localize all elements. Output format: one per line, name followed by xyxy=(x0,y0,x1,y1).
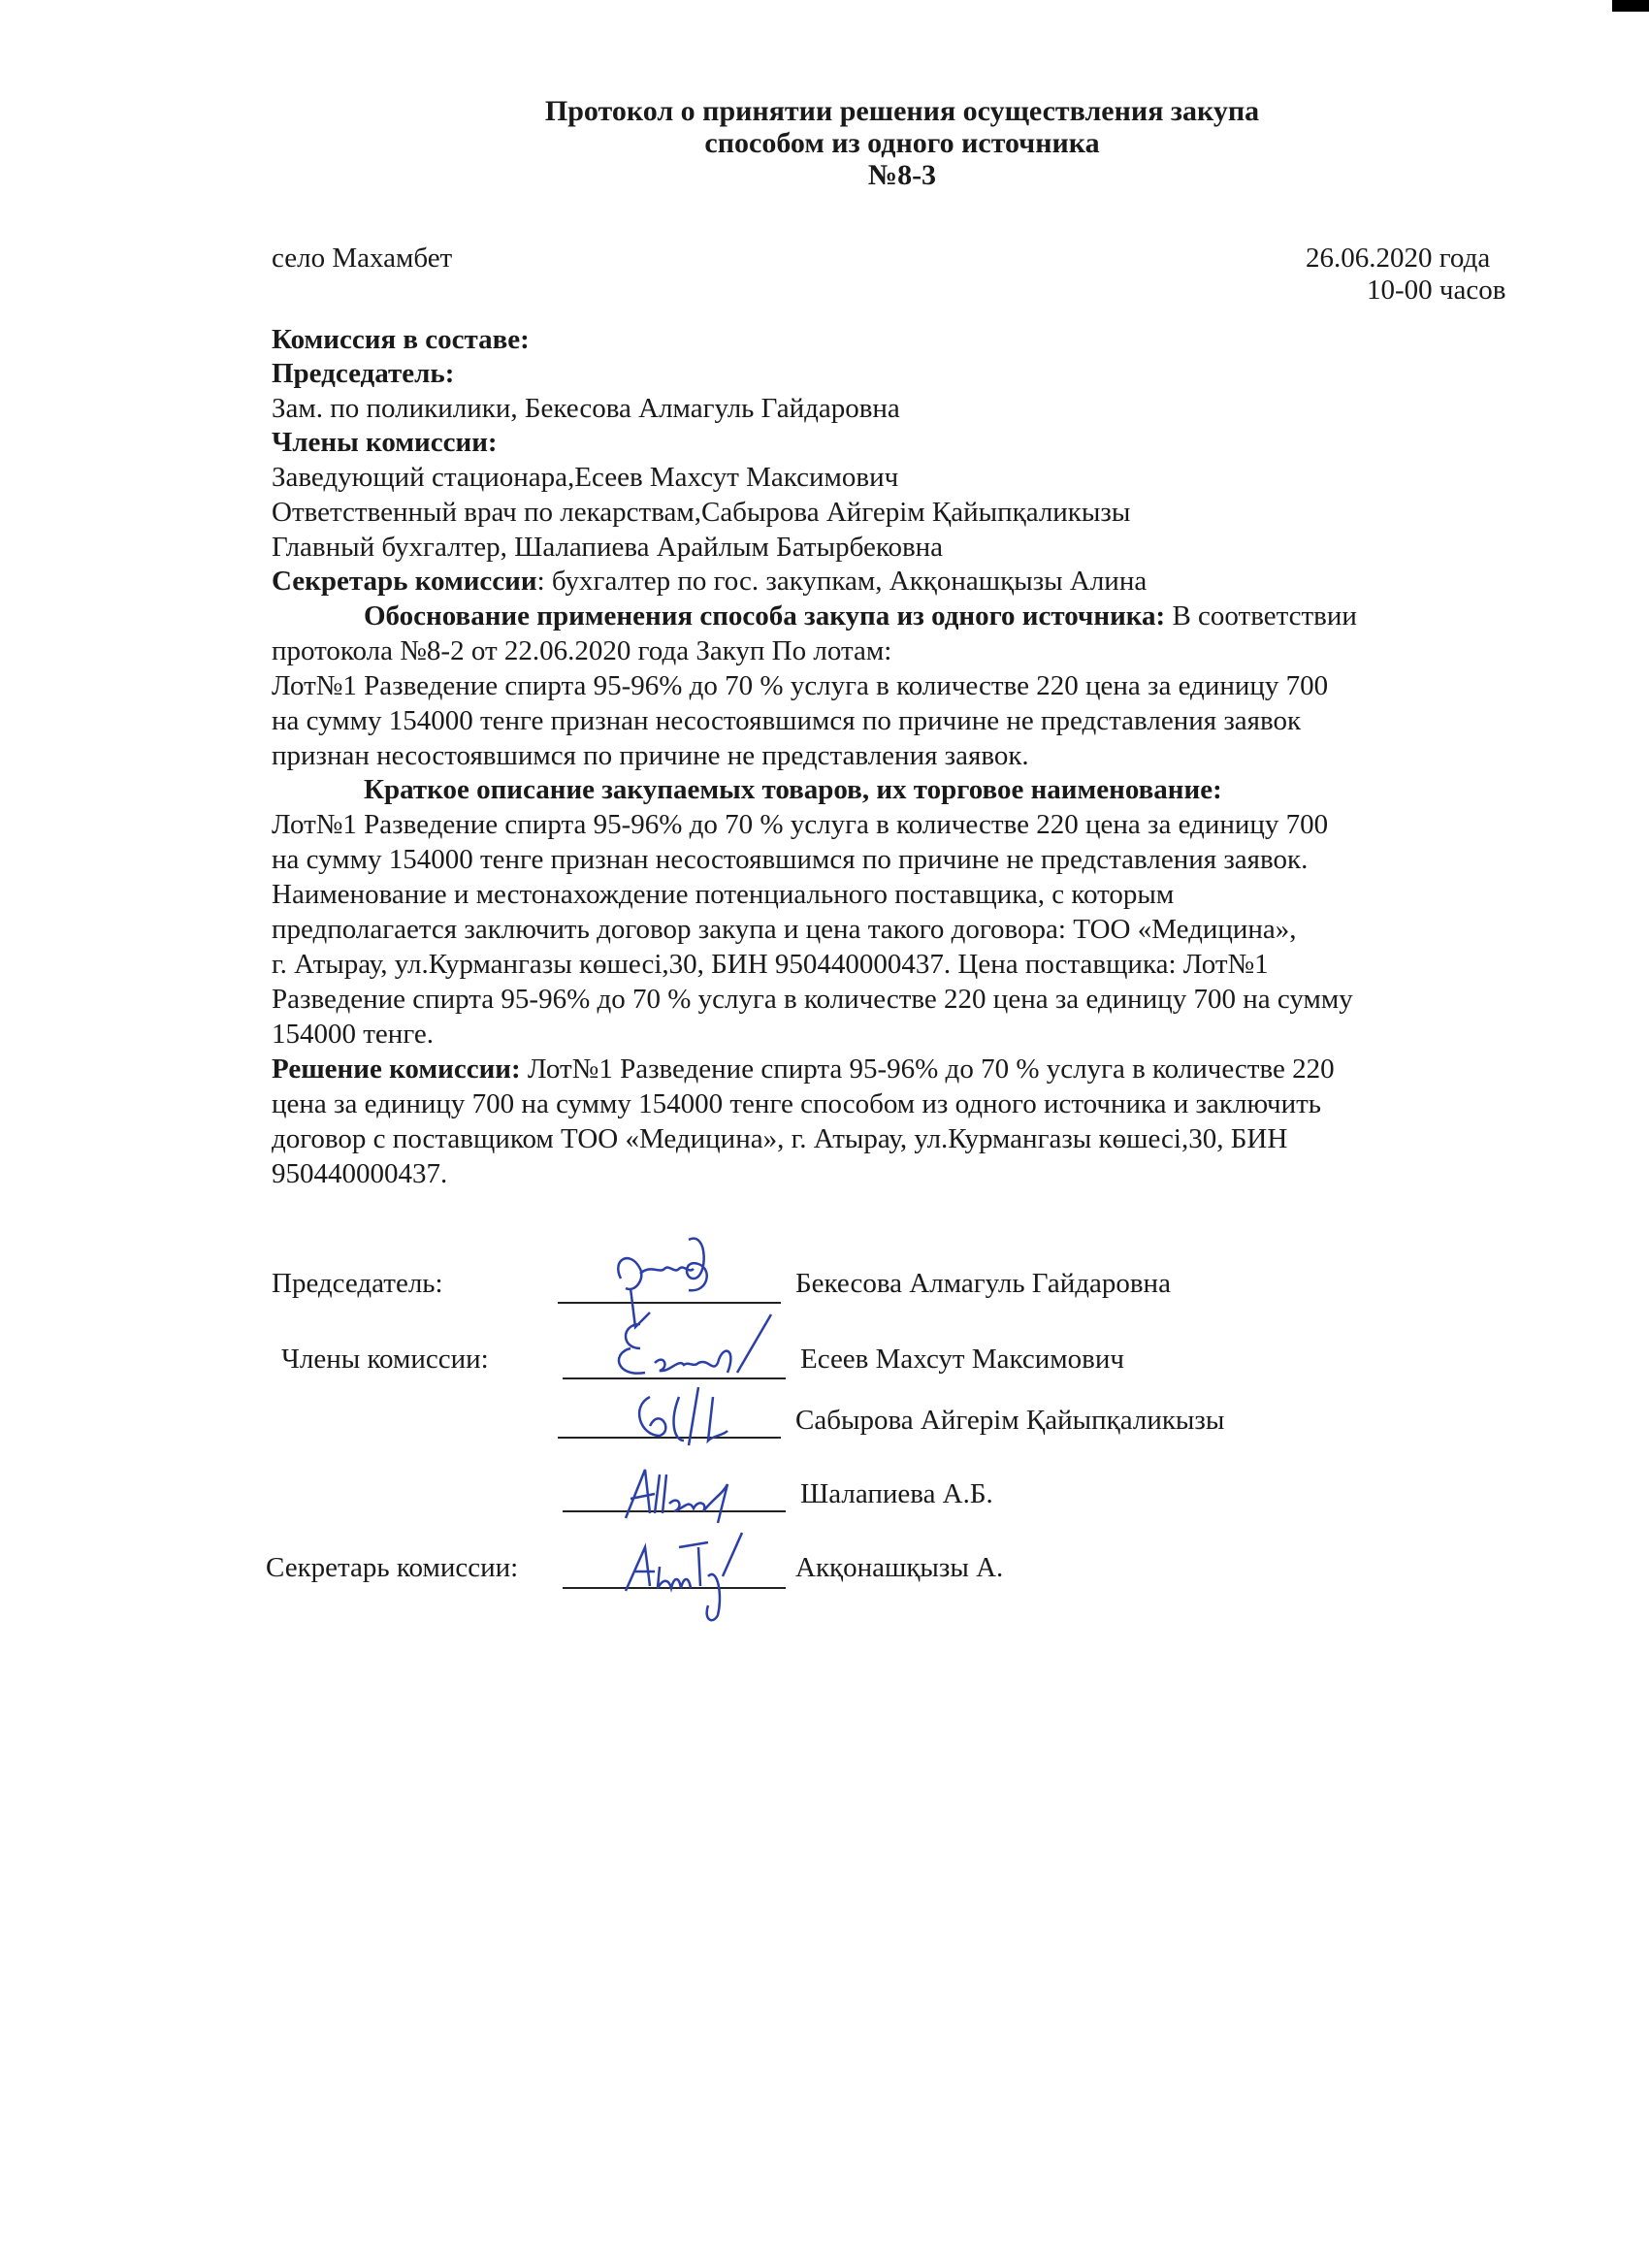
signature-member3-icon xyxy=(606,1455,771,1538)
chairman-heading: Председатель: xyxy=(272,358,454,390)
title-line-1: Протокол о принятии решения осуществлени… xyxy=(272,95,1533,127)
justification-heading: Обоснование применения способа закупа из… xyxy=(364,600,1165,632)
description-line: 154000 тенге. xyxy=(272,1019,434,1051)
signature-name: Сабырова Айгерім Қайыпқаликызы xyxy=(795,1405,1224,1437)
justification-line: признан несостоявшимся по причине не пре… xyxy=(272,740,1029,772)
signature-name: Бекесова Алмагуль Гайдаровна xyxy=(795,1268,1171,1300)
description-heading: Краткое описание закупаемых товаров, их … xyxy=(272,774,1222,806)
decision-line: цена за единицу 700 на сумму 154000 тенг… xyxy=(272,1088,1321,1120)
signature-label-members: Члены комиссии: xyxy=(281,1344,489,1376)
secretary-heading: Секретарь комиссии xyxy=(272,566,537,597)
justification-line: на сумму 154000 тенге признан несостоявш… xyxy=(272,705,1301,737)
decision-line: 950440000437. xyxy=(272,1158,447,1190)
secretary-value: : бухгалтер по гос. закупкам, Акқонашқыз… xyxy=(537,566,1148,597)
secretary: Секретарь комиссии: бухгалтер по гос. за… xyxy=(272,566,1147,598)
justification-line: Лот№1 Разведение спирта 95-96% до 70 % у… xyxy=(272,670,1328,702)
document-title: Протокол о принятии решения осуществлени… xyxy=(272,95,1533,191)
scan-corner-mark xyxy=(1612,0,1649,12)
place: село Махамбет xyxy=(272,243,452,275)
date: 26.06.2020 года xyxy=(1306,243,1490,275)
signature-name: Есеев Махсут Максимович xyxy=(800,1344,1124,1376)
time: 10-00 часов xyxy=(1367,275,1505,307)
decision-line: Лот№1 Разведение спирта 95-96% до 70 % у… xyxy=(521,1053,1335,1085)
member-2: Ответственный врач по лекарствам,Сабыров… xyxy=(272,497,1130,529)
members-heading: Члены комиссии: xyxy=(272,427,498,459)
signature-name: Шалапиева А.Б. xyxy=(800,1478,993,1510)
description-line: г. Атырау, ул.Курмангазы көшесі,30, БИН … xyxy=(272,949,1269,981)
signature-label-secretary: Секретарь комиссии: xyxy=(266,1552,518,1584)
title-line-2: способом из одного источника xyxy=(272,127,1533,159)
decision-first-line: Решение комиссии: Лот№1 Разведение спирт… xyxy=(272,1053,1335,1085)
signature-label-chairman: Председатель: xyxy=(272,1268,443,1300)
justification-line: протокола №8-2 от 22.06.2020 года Закуп … xyxy=(272,635,891,667)
description-line: на сумму 154000 тенге признан несостоявш… xyxy=(272,844,1308,876)
decision-heading: Решение комиссии: xyxy=(272,1053,521,1085)
justification-first-line: Обоснование применения способа закупа из… xyxy=(272,600,1357,632)
signature-secretary-icon xyxy=(611,1528,766,1639)
chairman: Зам. по поликилики, Бекесова Алмагуль Га… xyxy=(272,393,900,425)
title-line-3: №8-3 xyxy=(272,159,1533,191)
description-line: Лот№1 Разведение спирта 95-96% до 70 % у… xyxy=(272,809,1328,841)
decision-line: договор с поставщиком ТОО «Медицина», г.… xyxy=(272,1123,1287,1155)
member-1: Заведующий стационара,Есеев Махсут Макси… xyxy=(272,462,898,494)
justification-line: В соответствии xyxy=(1165,600,1357,632)
description-line: Наименование и местонахождение потенциал… xyxy=(272,879,1174,911)
description-line: предполагается заключить договор закупа … xyxy=(272,914,1297,946)
description-line: Разведение спирта 95-96% до 70 % услуга … xyxy=(272,984,1353,1016)
signature-name: Акқонашқызы А. xyxy=(795,1552,1003,1584)
member-3: Главный бухгалтер, Шалапиева Арайлым Бат… xyxy=(272,532,943,564)
commission-heading: Комиссия в составе: xyxy=(272,324,530,356)
